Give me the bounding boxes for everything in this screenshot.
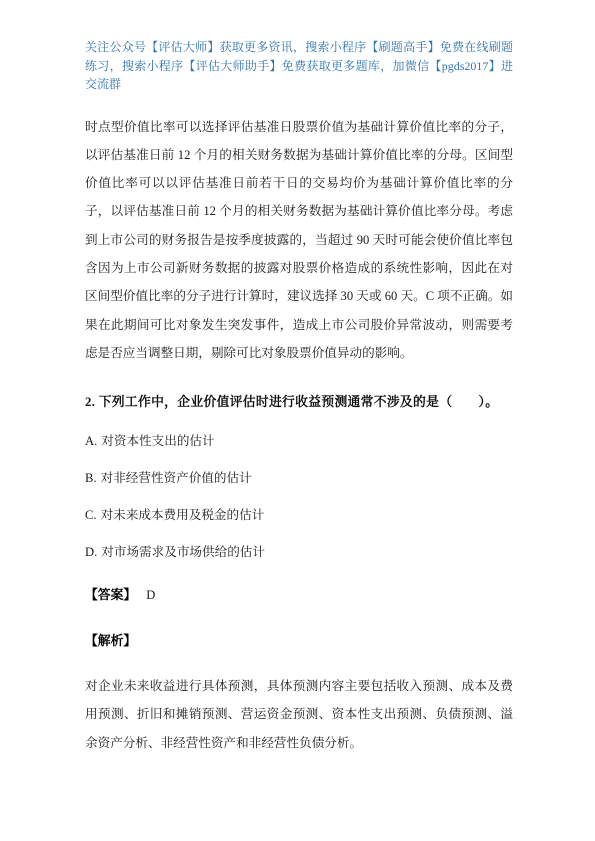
analysis-line: 【解析】: [85, 634, 513, 649]
option-row-b: B.对非经营性资产价值的估计: [85, 471, 513, 485]
document-page: 关注公众号【评估大师】获取更多资讯，搜索小程序【刷题高手】免费在线刷题练习，搜索…: [0, 0, 595, 841]
promo-header: 关注公众号【评估大师】获取更多资讯，搜索小程序【刷题高手】免费在线刷题练习，搜索…: [85, 38, 513, 94]
option-text-d: 对市场需求及市场供给的估计: [101, 545, 265, 559]
option-text-a: 对资本性支出的估计: [101, 434, 214, 448]
page-content: 关注公众号【评估大师】获取更多资讯，搜索小程序【刷题高手】免费在线刷题练习，搜索…: [85, 38, 513, 757]
option-row-c: C.对未来成本费用及税金的估计: [85, 508, 513, 522]
option-label-c: C.: [85, 508, 97, 522]
answer-label: 【答案】: [85, 588, 136, 602]
option-label-d: D.: [85, 545, 97, 559]
answer-value: D: [146, 588, 155, 602]
question-title: 2. 下列工作中，企业价值评估时进行收益预测通常不涉及的是（ ）。: [85, 394, 513, 411]
option-label-a: A.: [85, 434, 97, 448]
option-text-b: 对非经营性资产价值的估计: [101, 471, 252, 485]
explanation-paragraph: 时点型价值比率可以选择评估基准日股票价值为基础计算价值比率的分子，以评估基准日前…: [85, 113, 513, 368]
analysis-label: 【解析】: [85, 634, 136, 648]
option-label-b: B.: [85, 471, 97, 485]
analysis-paragraph: 对企业未来收益进行具体预测，具体预测内容主要包括收入预测、成本及费用预测、折旧和…: [85, 672, 513, 757]
option-row-d: D.对市场需求及市场供给的估计: [85, 545, 513, 559]
option-text-c: 对未来成本费用及税金的估计: [101, 508, 265, 522]
option-row-a: A.对资本性支出的估计: [85, 434, 513, 448]
answer-line: 【答案】D: [85, 588, 513, 603]
